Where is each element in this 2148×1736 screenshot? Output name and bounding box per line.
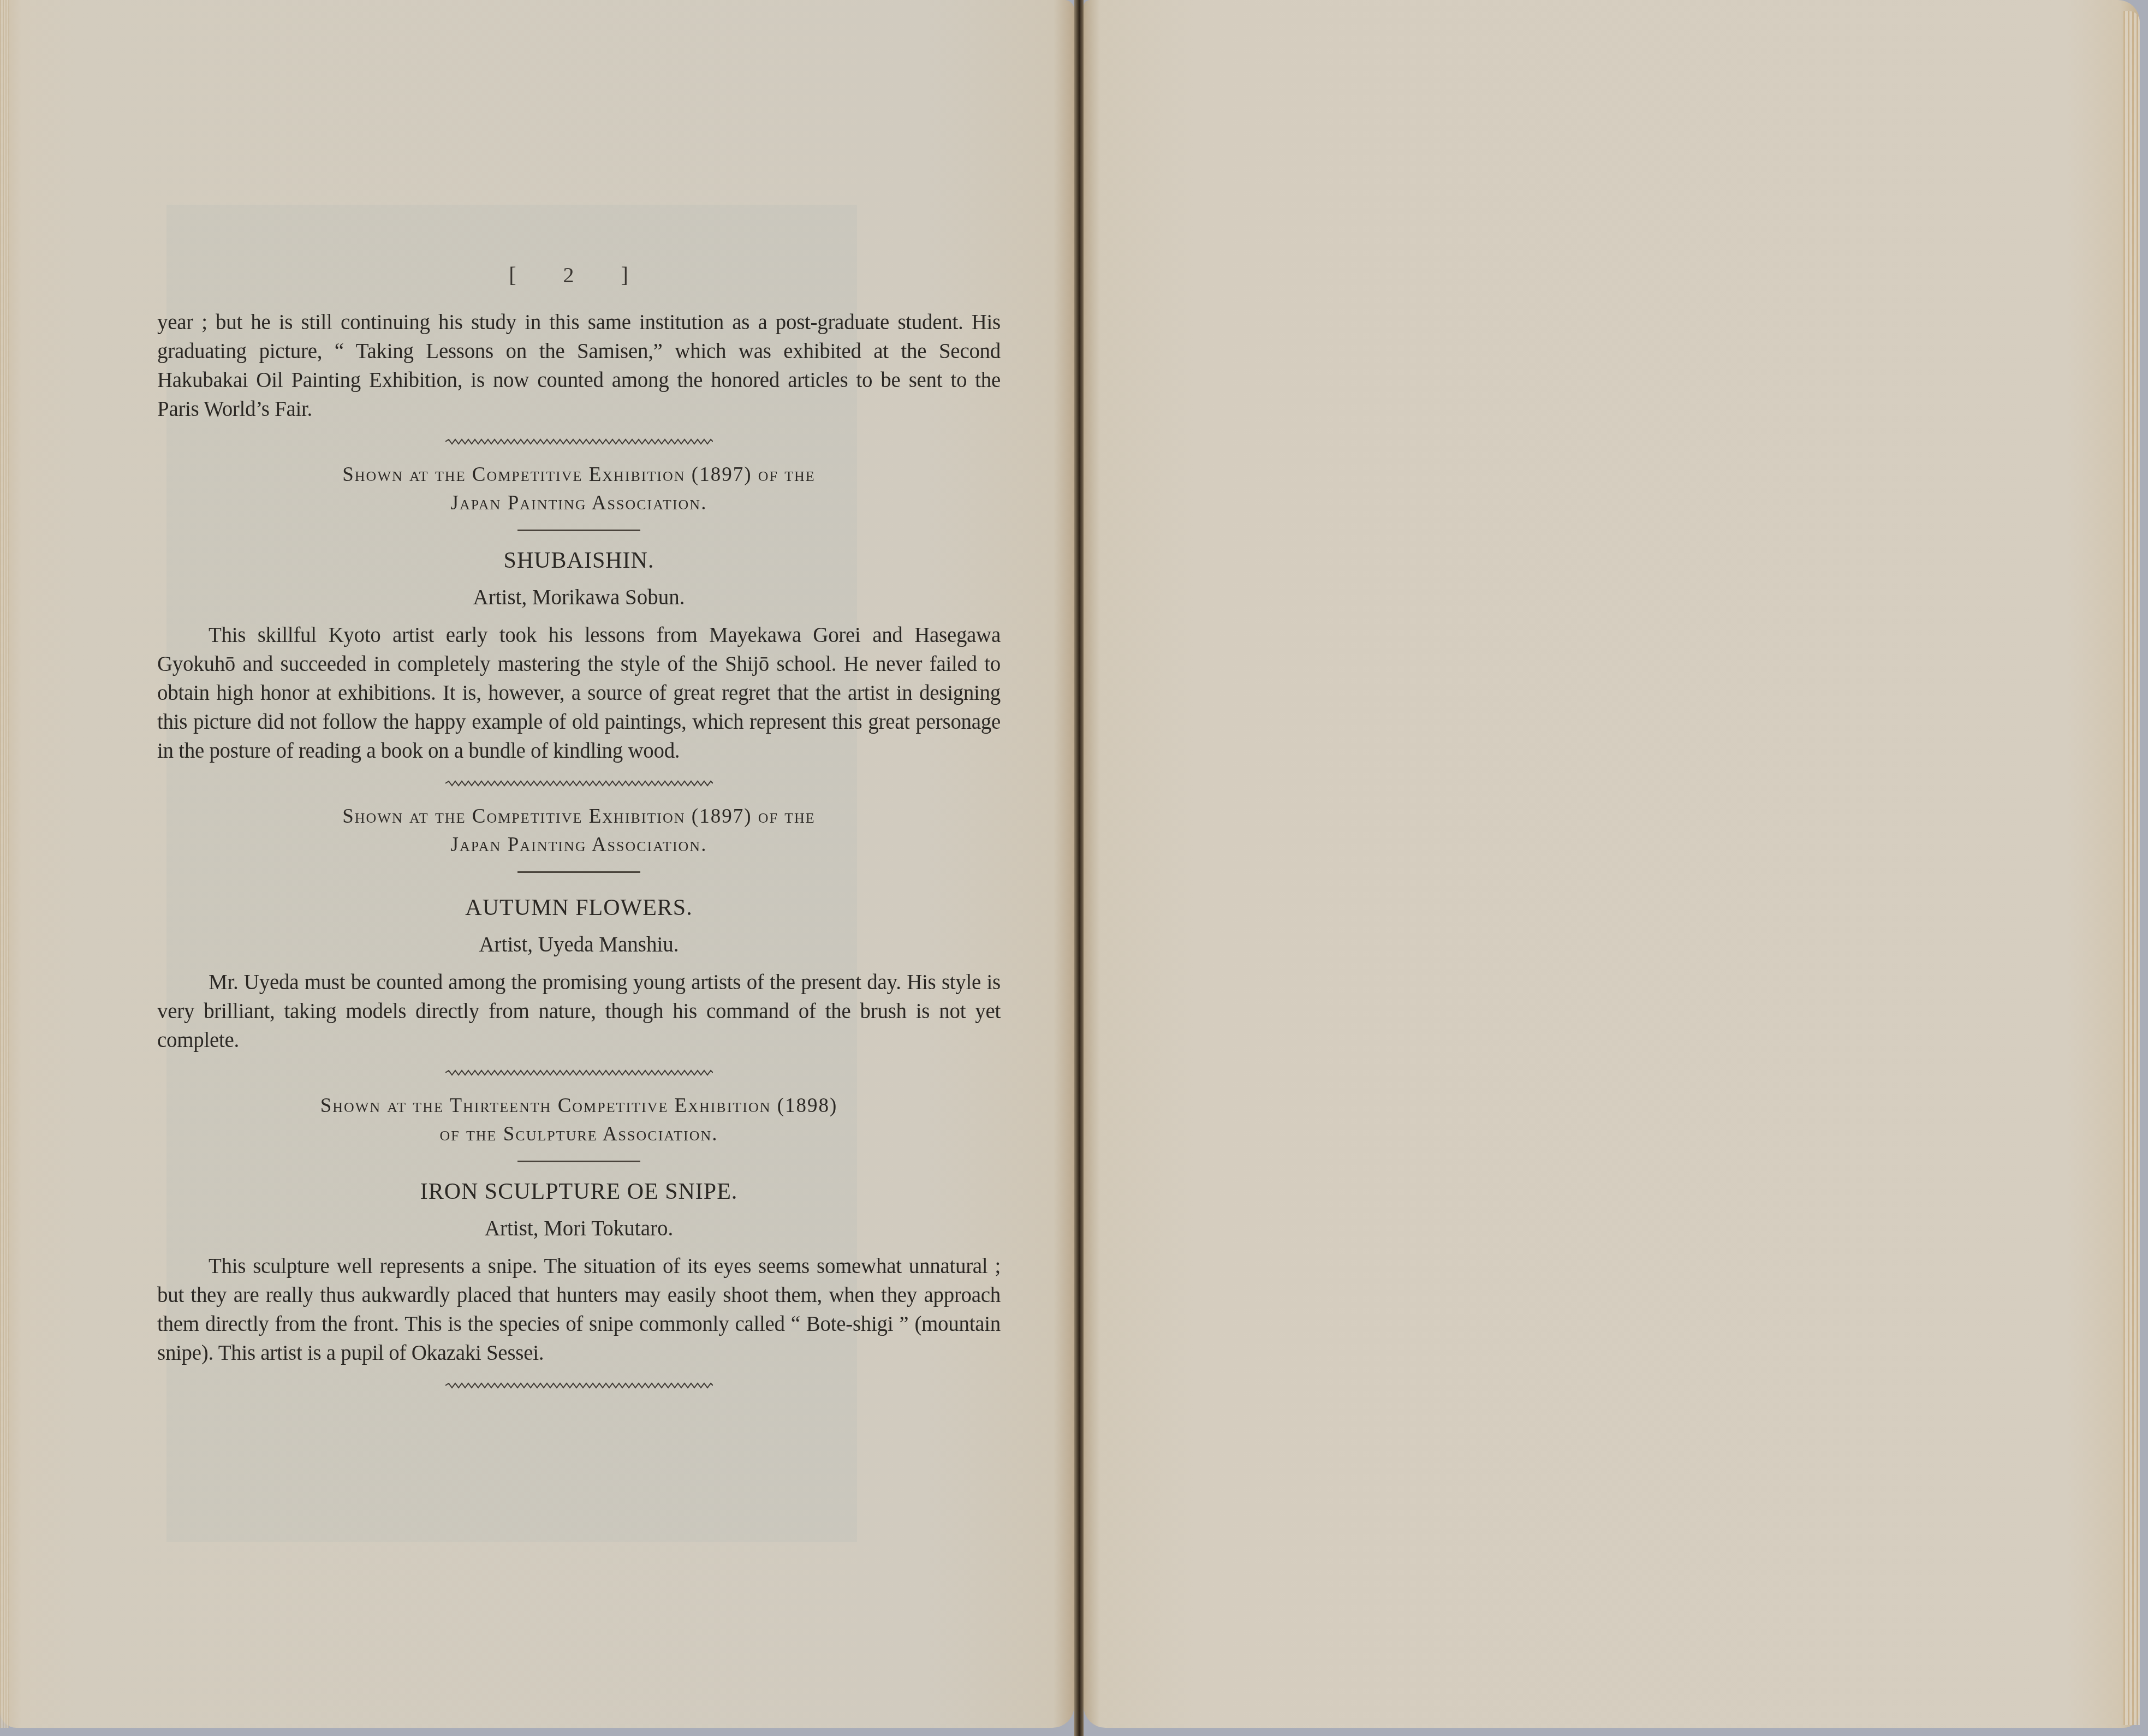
short-rule	[517, 871, 640, 873]
work-title: IRON SCULPTURE OE SNIPE.	[157, 1176, 1001, 1207]
right-page: [ 3 ] Shown at the Thirteenth Competitiv…	[1084, 0, 2140, 1728]
artist-line: Artist, Mori Tokutaro.	[157, 1215, 1001, 1243]
exhibition-heading-cont: Japan Painting Association.	[157, 489, 1001, 518]
book-spread: [ 2 ] year ; but he is still continuing …	[0, 0, 2148, 1736]
wavy-divider	[445, 1069, 713, 1077]
left-page: [ 2 ] year ; but he is still continuing …	[0, 0, 1074, 1728]
left-page-text: [ 2 ] year ; but he is still continuing …	[157, 262, 1001, 1405]
entry-body: Mr. Uyeda must be counted among the prom…	[157, 968, 1001, 1055]
wavy-divider	[445, 1382, 713, 1389]
entry-body: This sculpture well represents a snipe. …	[157, 1252, 1001, 1368]
continuation-paragraph: year ; but he is still continuing his st…	[157, 308, 1001, 424]
exhibition-heading: Shown at the Competitive Exhibition (189…	[157, 461, 1001, 489]
exhibition-heading: Shown at the Thirteenth Competitive Exhi…	[157, 1092, 1001, 1120]
work-title: SHUBAISHIN.	[157, 545, 1001, 576]
entry-shubaishin: Shown at the Competitive Exhibition (189…	[157, 461, 1001, 765]
exhibition-heading-cont: of the Sculpture Association.	[157, 1120, 1001, 1149]
short-rule	[517, 530, 640, 531]
book-gutter	[1074, 0, 1084, 1736]
wavy-divider	[445, 780, 713, 787]
wavy-divider	[445, 438, 713, 445]
entry-body: This skillful Kyoto artist early took hi…	[157, 621, 1001, 765]
artist-line: Artist, Morikawa Sobun.	[157, 584, 1001, 612]
page-number: [ 2 ]	[157, 262, 1001, 288]
page-edge-stack	[0, 0, 9, 1728]
page-edge-stack	[2123, 11, 2140, 1725]
entry-autumn-flowers: Shown at the Competitive Exhibition (189…	[157, 802, 1001, 1055]
exhibition-heading: Shown at the Competitive Exhibition (189…	[157, 802, 1001, 831]
short-rule	[517, 1161, 640, 1162]
work-title: AUTUMN FLOWERS.	[157, 893, 1001, 923]
exhibition-heading-cont: Japan Painting Association.	[157, 831, 1001, 859]
entry-iron-sculpture: Shown at the Thirteenth Competitive Exhi…	[157, 1092, 1001, 1368]
artist-line: Artist, Uyeda Manshiu.	[157, 931, 1001, 959]
